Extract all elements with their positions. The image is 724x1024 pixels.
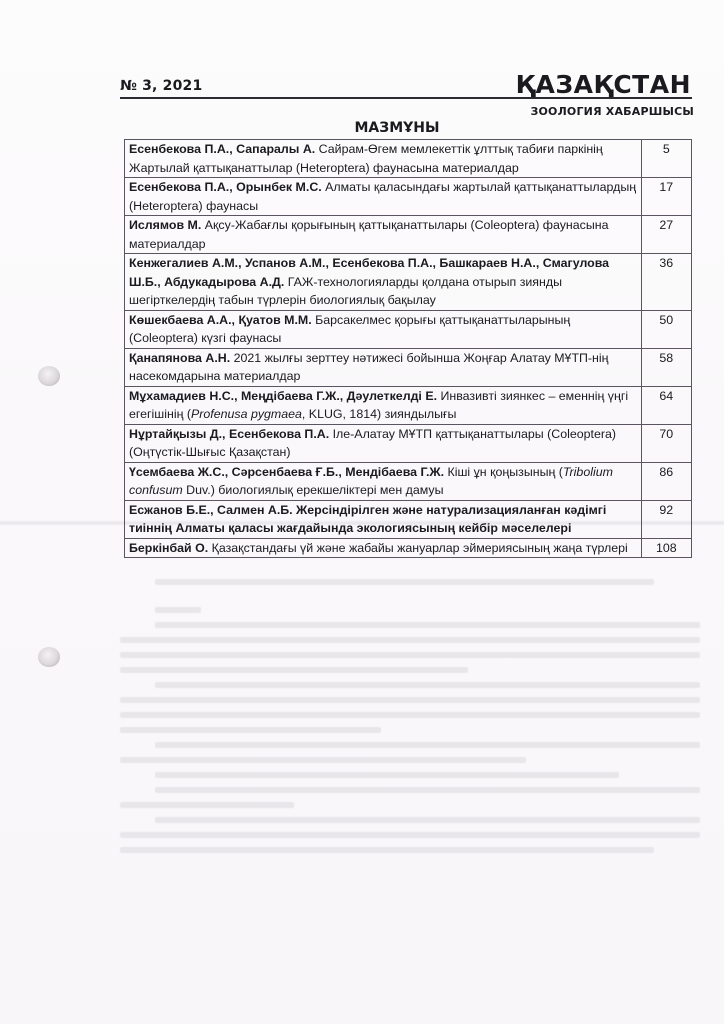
toc-entry: Есенбекова П.А., Сапаралы А. Сайрам-Өгем… [125,140,642,178]
toc-entry: Мұхамадиев Н.С., Меңдібаева Г.Ж., Дәулет… [125,386,642,424]
toc-row: Кенжегалиев А.М., Успанов А.М., Есенбеко… [125,254,692,311]
entry-authors: Беркінбай О. [129,541,208,555]
entry-page: 5 [641,140,691,178]
entry-authors: Есенбекова П.А., Орынбек М.С. [129,180,322,194]
toc-row: Ислямов М. Ақсу-Жабағлы қорығының қаттық… [125,216,692,254]
reverse-side-bleed-through [120,570,700,862]
entry-authors: Нұртайқызы Д., Есенбекова П.А. [129,427,329,441]
table-of-contents: Есенбекова П.А., Сапаралы А. Сайрам-Өгем… [124,139,692,558]
entry-page: 17 [641,178,691,216]
entry-page: 108 [641,538,691,558]
journal-subtitle: ЗООЛОГИЯ ХАБАРШЫСЫ [530,105,694,118]
toc-row: Есенбекова П.А., Сапаралы А. Сайрам-Өгем… [125,140,692,178]
entry-title: Ақсу-Жабағлы қорығының қаттықанаттылары … [129,218,609,251]
entry-page: 58 [641,348,691,386]
toc-row: Нұртайқызы Д., Есенбекова П.А. Іле-Алата… [125,424,692,462]
scanned-page: № 3, 2021 ҚАЗАҚСТАН ЗООЛОГИЯ ХАБАРШЫСЫ М… [0,0,724,1024]
punch-hole-icon [38,366,60,386]
toc-entry: Кенжегалиев А.М., Успанов А.М., Есенбеко… [125,254,642,311]
entry-authors: Қанапянова А.Н. [129,351,230,365]
toc-row: Мұхамадиев Н.С., Меңдібаева Г.Ж., Дәулет… [125,386,692,424]
entry-title: Қазақстандағы үй және жабайы жануарлар э… [212,541,628,555]
entry-page: 64 [641,386,691,424]
entry-authors: Есжанов Б.Е., Салмен А.Б. Жерсіндірілген… [129,503,606,536]
entry-authors: Есенбекова П.А., Сапаралы А. [129,142,315,156]
toc-entry: Көшекбаева А.А., Қуатов М.М. Барсакелмес… [125,310,642,348]
entry-title-post: Duv.) биологиялық ерекшеліктері мен даму… [183,483,444,497]
entry-page: 70 [641,424,691,462]
toc-entry: Үсембаева Ж.С., Сәрсенбаева Ғ.Б., Мендіб… [125,462,642,500]
entry-title-post: , KLUG, 1814) зияндылығы [302,407,457,421]
entry-authors: Үсембаева Ж.С., Сәрсенбаева Ғ.Б., Мендіб… [129,465,444,479]
toc-row: Үсембаева Ж.С., Сәрсенбаева Ғ.Б., Мендіб… [125,462,692,500]
entry-page: 86 [641,462,691,500]
toc-row: Есжанов Б.Е., Салмен А.Б. Жерсіндірілген… [125,500,692,538]
toc-entry: Ислямов М. Ақсу-Жабағлы қорығының қаттық… [125,216,642,254]
toc-entry: Беркінбай О. Қазақстандағы үй және жабай… [125,538,642,558]
journal-title: ҚАЗАҚСТАН [516,70,691,99]
entry-authors: Ислямов М. [129,218,201,232]
toc-heading: МАЗМҰНЫ [0,120,724,136]
entry-page: 92 [641,500,691,538]
entry-page: 36 [641,254,691,311]
toc-row: Есенбекова П.А., Орынбек М.С. Алматы қал… [125,178,692,216]
species-name: Profenusa pygmaea [191,407,302,421]
entry-page: 27 [641,216,691,254]
entry-title-pre: Кіші ұн қоңызының ( [448,465,563,479]
toc-row: Көшекбаева А.А., Қуатов М.М. Барсакелмес… [125,310,692,348]
entry-authors: Мұхамадиев Н.С., Меңдібаева Г.Ж., Дәулет… [129,389,437,403]
entry-authors: Көшекбаева А.А., Қуатов М.М. [129,313,312,327]
toc-entry: Нұртайқызы Д., Есенбекова П.А. Іле-Алата… [125,424,642,462]
toc-entry: Есжанов Б.Е., Салмен А.Б. Жерсіндірілген… [125,500,642,538]
punch-hole-icon [38,647,60,667]
toc-entry: Қанапянова А.Н. 2021 жылғы зерттеу нәтиж… [125,348,642,386]
toc-row: Беркінбай О. Қазақстандағы үй және жабай… [125,538,692,558]
toc-entry: Есенбекова П.А., Орынбек М.С. Алматы қал… [125,178,642,216]
issue-number: № 3, 2021 [120,78,202,94]
toc-row: Қанапянова А.Н. 2021 жылғы зерттеу нәтиж… [125,348,692,386]
entry-page: 50 [641,310,691,348]
